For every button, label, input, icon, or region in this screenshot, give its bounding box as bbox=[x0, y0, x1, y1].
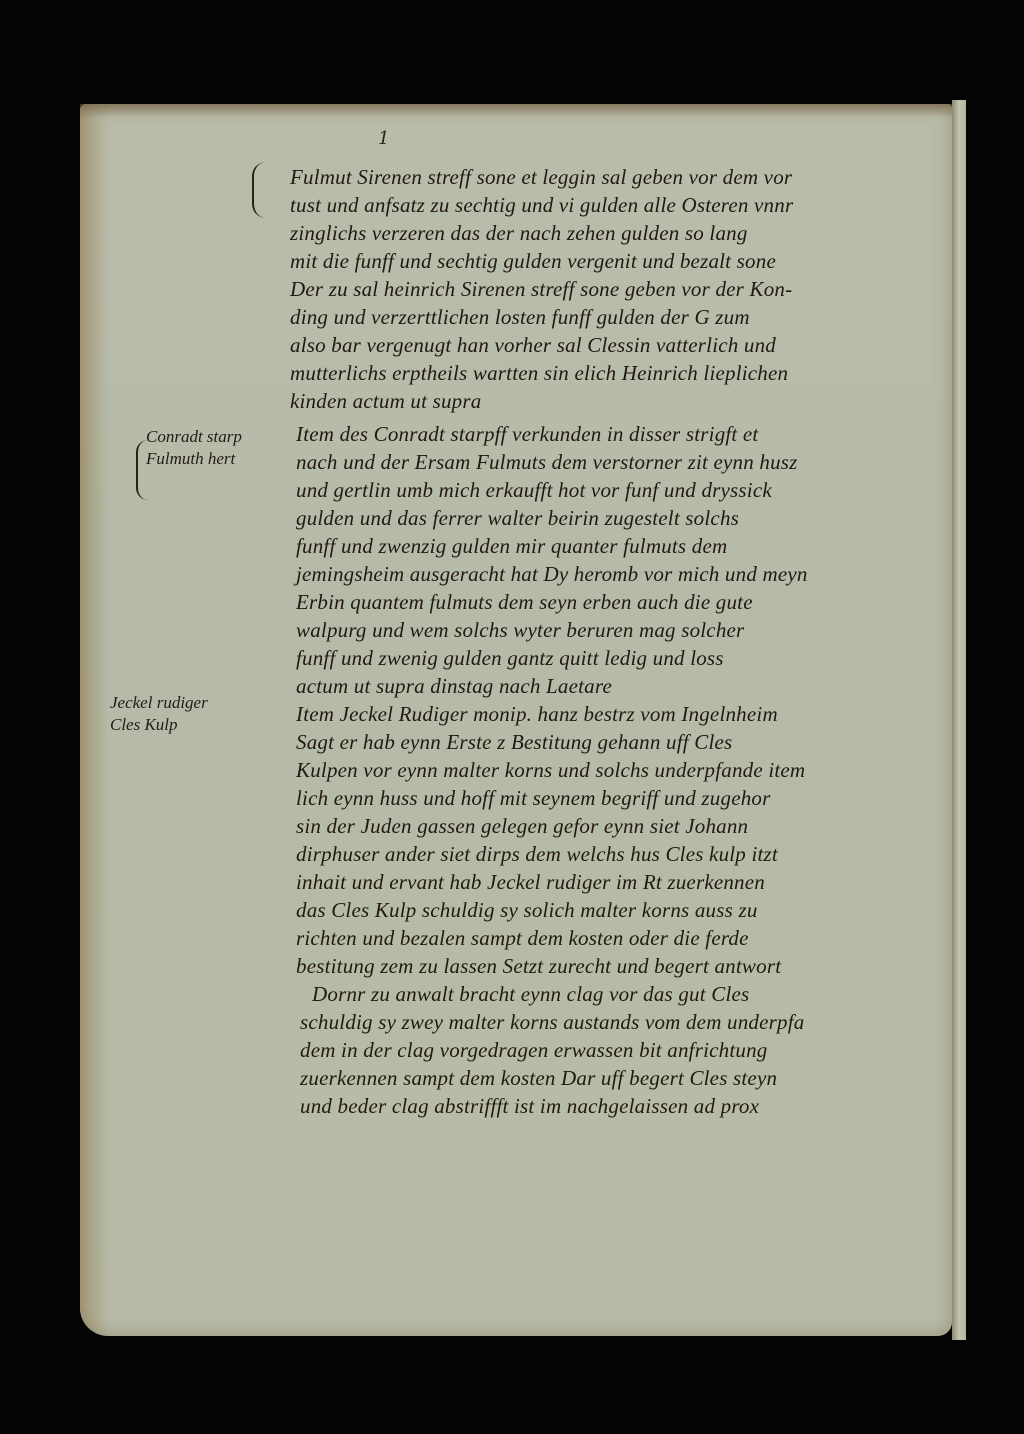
text-line: sin der Juden gassen gelegen gefor eynn … bbox=[296, 814, 748, 839]
text-line: walpurg und wem solchs wyter beruren mag… bbox=[296, 618, 744, 643]
text-line: bestitung zem zu lassen Setzt zurecht un… bbox=[296, 954, 781, 979]
entry-bracket bbox=[252, 162, 266, 218]
text-line: Kulpen vor eynn malter korns und solchs … bbox=[296, 758, 805, 783]
text-line: mutterlichs erptheils wartten sin elich … bbox=[290, 361, 788, 386]
text-line: zinglichs verzeren das der nach zehen gu… bbox=[290, 221, 748, 246]
text-line: inhait und ervant hab Jeckel rudiger im … bbox=[296, 870, 765, 895]
margin-note-jeckel: Jeckel rudiger Cles Kulp bbox=[110, 692, 208, 736]
text-line: Item Jeckel Rudiger monip. hanz bestrz v… bbox=[296, 702, 778, 727]
text-line: dirphuser ander siet dirps dem welchs hu… bbox=[296, 842, 778, 867]
margin-note-line: Conradt starp bbox=[146, 426, 242, 448]
text-line: ding und verzerttlichen losten funff gul… bbox=[290, 305, 750, 330]
text-line: funff und zwenig gulden gantz quitt ledi… bbox=[296, 646, 724, 671]
text-line: Fulmut Sirenen streff sone et leggin sal… bbox=[290, 165, 792, 190]
text-line: lich eynn huss und hoff mit seynem begri… bbox=[296, 786, 771, 811]
text-line: dem in der clag vorgedragen erwassen bit… bbox=[300, 1038, 767, 1063]
text-line: Item des Conradt starpff verkunden in di… bbox=[296, 422, 758, 447]
text-line: also bar vergenugt han vorher sal Clessi… bbox=[290, 333, 776, 358]
text-line: mit die funff und sechtig gulden vergeni… bbox=[290, 249, 776, 274]
text-line: funff und zwenzig gulden mir quanter ful… bbox=[296, 534, 727, 559]
text-line: nach und der Ersam Fulmuts dem verstorne… bbox=[296, 450, 798, 475]
entry-bracket bbox=[136, 440, 148, 500]
text-line: Dornr zu anwalt bracht eynn clag vor das… bbox=[312, 982, 749, 1007]
margin-note-line: Fulmuth hert bbox=[146, 448, 242, 470]
margin-note-line: Jeckel rudiger bbox=[110, 692, 208, 714]
text-line: kinden actum ut supra bbox=[290, 389, 481, 414]
folio-number: 1 bbox=[378, 128, 389, 149]
text-line: Erbin quantem fulmuts dem seyn erben auc… bbox=[296, 590, 753, 615]
text-line: actum ut supra dinstag nach Laetare bbox=[296, 674, 612, 699]
text-line: Sagt er hab eynn Erste z Bestitung gehan… bbox=[296, 730, 732, 755]
text-line: Der zu sal heinrich Sirenen streff sone … bbox=[290, 277, 792, 302]
margin-note-conradt: Conradt starp Fulmuth hert bbox=[146, 426, 242, 470]
text-line: jemingsheim ausgeracht hat Dy heromb vor… bbox=[296, 562, 808, 587]
text-line: und gertlin umb mich erkaufft hot vor fu… bbox=[296, 478, 772, 503]
text-line: tust und anfsatz zu sechtig und vi gulde… bbox=[290, 193, 793, 218]
text-line: zuerkennen sampt dem kosten Dar uff bege… bbox=[300, 1066, 777, 1091]
text-line: und beder clag abstriffft ist im nachgel… bbox=[300, 1094, 759, 1119]
text-line: das Cles Kulp schuldig sy solich malter … bbox=[296, 898, 758, 923]
text-line: gulden und das ferrer walter beirin zuge… bbox=[296, 506, 739, 531]
book-gutter bbox=[952, 100, 966, 1340]
text-line: schuldig sy zwey malter korns austands v… bbox=[300, 1010, 804, 1035]
text-line: richten und bezalen sampt dem kosten ode… bbox=[296, 926, 749, 951]
margin-note-line: Cles Kulp bbox=[110, 714, 208, 736]
